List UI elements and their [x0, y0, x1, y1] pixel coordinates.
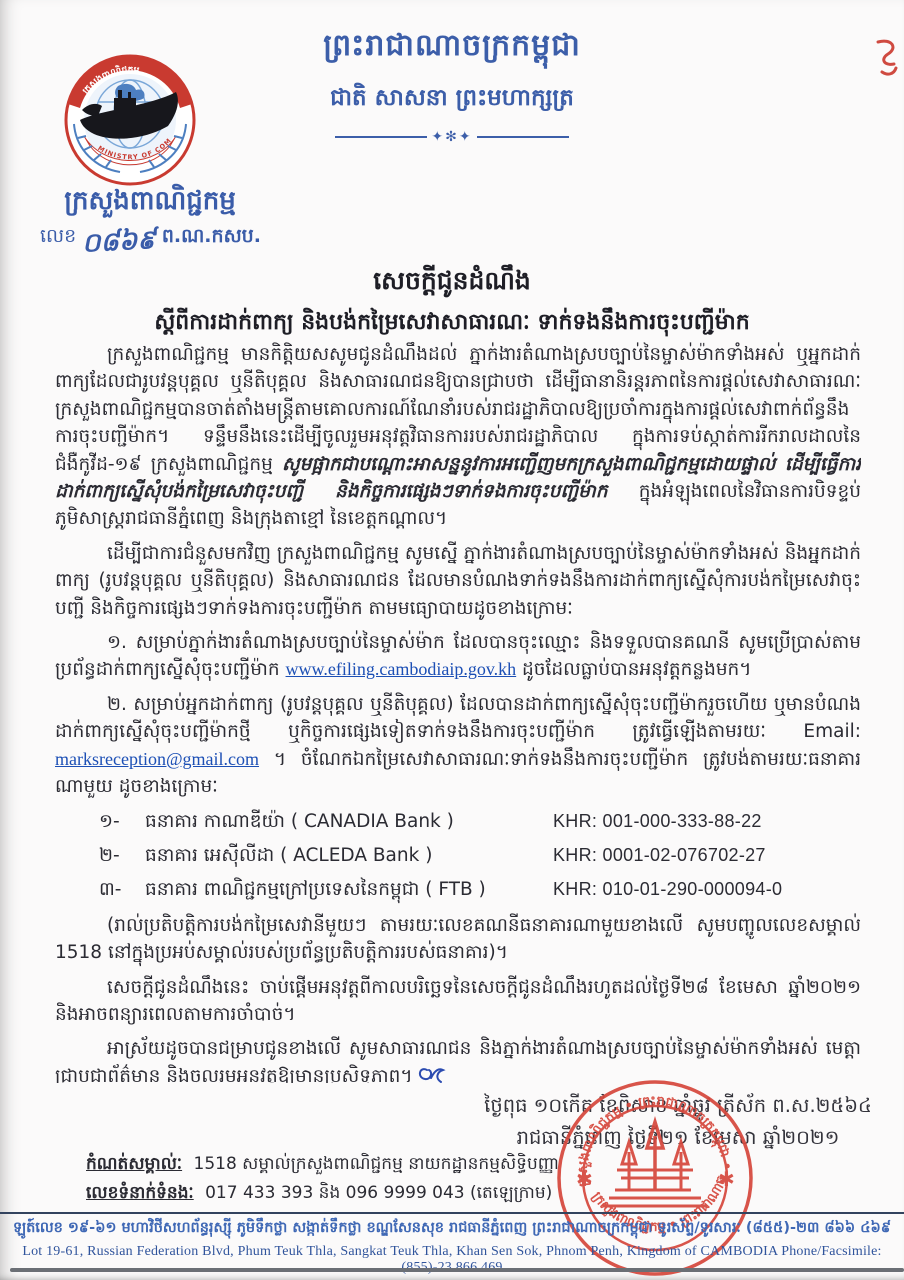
document-body: ក្រសួងពាណិជ្ជកម្ម មានកិត្តិយសសូមជូនដំណឹង…: [55, 341, 861, 1083]
footnote-remark-label: កំណត់សម្គាល់ៈ: [86, 1154, 182, 1174]
footnote-remark-text: 1518 សម្គាល់ក្រសួងពាណិជ្ជកម្ម នាយកដ្ឋានក…: [194, 1154, 560, 1174]
title-line2: ស្តីពីការដាក់ពាក្យ និងបង់កម្រៃសេវាសាធារណ…: [0, 308, 904, 340]
title-line1: សេចក្តីជូនដំណឹង: [0, 266, 904, 302]
footer-address: ឡូត៍លេខ ១៩-៦១ មហាវិថីសហព័ន្ធរុស្ស៊ី ភូមិ…: [0, 1212, 904, 1276]
bank-name: ធនាគារ ពាណិជ្ជកម្មក្រៅប្រទេសនៃកម្ពុជា ( …: [145, 876, 553, 903]
bank-account-number: KHR: 0001-02-076702-27: [553, 842, 766, 869]
bank-name: ធនាគារ កាណាឌីយ៉ា ( CANADIA Bank ): [145, 808, 553, 835]
bank-row-number: ៣-: [99, 876, 145, 903]
footnotes: កំណត់សម្គាល់ៈ 1518 សម្គាល់ក្រសួងពាណិជ្ជក…: [86, 1150, 559, 1208]
list-item-2: ២. សម្រាប់អ្នកដាក់ពាក្យ (រូបវន្តបុគ្គល ឬ…: [55, 691, 861, 801]
ministry-of-commerce-logo: ក្រសួងពាណិជ្ជកម្ម MINISTRY OF COMMERCE: [58, 54, 202, 190]
item2-text: ២. សម្រាប់អ្នកដាក់ពាក្យ (រូបវន្តបុគ្គល ឬ…: [55, 694, 861, 742]
divider-ornament-icon: ✦✻✦: [431, 129, 472, 145]
validity-paragraph: សេចក្តីជូនដំណឹងនេះ ចាប់ផ្តើមអនុវត្តពីកាល…: [55, 974, 861, 1029]
closing-paragraph: អាស្រ័យដូចបានជម្រាបជូនខាងលើ សូមសាធារណជន …: [55, 1035, 861, 1083]
footnote-contact-label: លេខទំនាក់ទំនងៈ: [86, 1183, 194, 1203]
lunar-date-line: ថ្ងៃពុធ ១០កើត ខែពិសាខ ឆ្នាំឆ្លូវ ត្រីស័ក…: [468, 1090, 888, 1122]
date-block: ថ្ងៃពុធ ១០កើត ខែពិសាខ ឆ្នាំឆ្លូវ ត្រីស័ក…: [468, 1090, 888, 1154]
bank-account-list: ១- ធនាគារ កាណាឌីយ៉ា ( CANADIA Bank ) KHR…: [99, 808, 861, 904]
paragraph-2: ដើម្បីជាការជំនួសមកវិញ ក្រសួងពាណិជ្ជកម្ម …: [55, 540, 861, 622]
footnote-contact-text: 017 433 393 និង 096 9999 043 (តេឡេក្រាម): [205, 1183, 552, 1203]
closing-text: អាស្រ័យដូចបានជម្រាបជូនខាងលើ សូមសាធារណជន …: [55, 1038, 861, 1083]
bank-name: ធនាគារ អេស៊ីលីដា ( ACLEDA Bank ): [145, 842, 553, 869]
email-link[interactable]: marksreception@gmail.com: [55, 749, 259, 769]
stamp-star-left-icon: ✱: [576, 1167, 593, 1191]
footnote-remark: កំណត់សម្គាល់ៈ 1518 សម្គាល់ក្រសួងពាណិជ្ជក…: [86, 1150, 559, 1179]
red-pen-mark-icon: [872, 36, 902, 80]
list-item-1: ១. សម្រាប់ភ្នាក់ងារតំណាងស្របច្បាប់នៃម្ចា…: [55, 629, 861, 684]
bank-row-acleda: ២- ធនាគារ អេស៊ីលីដា ( ACLEDA Bank ) KHR:…: [99, 842, 861, 869]
footer-address-khmer: ឡូត៍លេខ ១៩-៦១ មហាវិថីសហព័ន្ធរុស្ស៊ី ភូមិ…: [0, 1219, 904, 1240]
bank-row-canadia: ១- ធនាគារ កាណាឌីយ៉ា ( CANADIA Bank ) KHR…: [99, 808, 861, 835]
ref-number-handwritten: ០៨៦៩: [82, 230, 157, 254]
item1-tail: ដូចដែលធ្លាប់បានអនុវត្តកន្លងមក។: [516, 659, 751, 680]
scanned-document-page: ព្រះរាជាណាចក្រកម្ពុជា ជាតិ សាសនា ព្រះមហា…: [0, 0, 904, 1280]
paragraph-1: ក្រសួងពាណិជ្ជកម្ម មានកិត្តិយសសូមជូនដំណឹង…: [55, 341, 861, 533]
footnote-contact: លេខទំនាក់ទំនងៈ 017 433 393 និង 096 9999 …: [86, 1179, 559, 1208]
ref-label: លេខ: [40, 224, 76, 252]
efiling-link[interactable]: www.efiling.cambodiaip.gov.kh: [286, 659, 517, 679]
bank-account-number: KHR: 010-01-290-000094-0: [553, 876, 782, 903]
ministry-name: ក្រសួងពាណិជ្ជកម្ម: [40, 184, 260, 222]
bank-row-ftb: ៣- ធនាគារ ពាណិជ្ជកម្មក្រៅប្រទេសនៃកម្ពុជា…: [99, 876, 861, 903]
ref-suffix: ព.ណ.កសប.: [162, 224, 261, 252]
reference-number-line: លេខ ០៨៦៩ ព.ណ.កសប.: [40, 224, 280, 252]
bank-row-number: ២-: [99, 842, 145, 869]
document-title: សេចក្តីជូនដំណឹង ស្តីពីការដាក់ពាក្យ និងបង…: [0, 266, 904, 340]
signature-initial-icon: [415, 1064, 449, 1083]
bank-account-number: KHR: 001-000-333-88-22: [553, 808, 762, 835]
stamp-star-right-icon: ✱: [718, 1167, 735, 1191]
bank-row-number: ១-: [99, 808, 145, 835]
note-paragraph: (រាល់ប្រតិបត្តិការបង់កម្រៃសេវានីមួយៗ តាម…: [55, 912, 861, 967]
scan-edge-line: [10, 1268, 904, 1272]
